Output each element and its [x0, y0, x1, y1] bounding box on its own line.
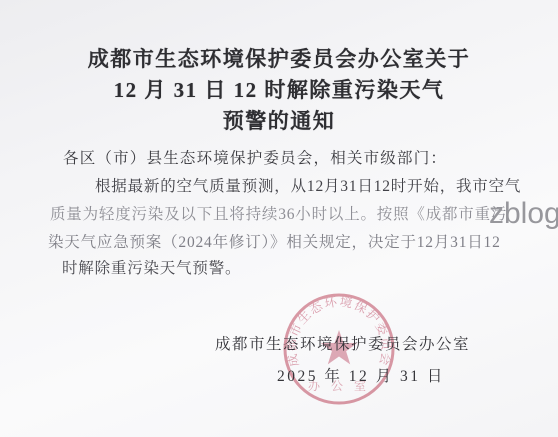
notice-title-line-2: 12 月 31 日 12 时解除重污染天气 — [0, 75, 558, 106]
seal-arc-text: 成都市生态环境保护委员会 — [284, 294, 394, 369]
salutation-line: 各区（市）县生态环境保护委员会，相关市级部门： — [63, 146, 447, 168]
body-line-2: 质量为轻度污染及以下且将持续36小时以上。按照《成都市重污 — [50, 202, 507, 224]
notice-title: 成都市生态环境保护委员会办公室关于 12 月 31 日 12 时解除重污染天气 … — [0, 44, 558, 137]
signature-line: 成都市生态环境保护委员会办公室 — [215, 332, 470, 354]
date-line: 2025 年 12 月 31 日 — [277, 364, 445, 386]
body-line-4: 时解除重污染天气预警。 — [62, 256, 241, 278]
notice-title-line-3: 预警的通知 — [0, 106, 558, 137]
watermark-text: zblog — [489, 197, 558, 231]
body-line-1: 根据最新的空气质量预测，从12月31日12时开始，我市空气 — [95, 174, 521, 196]
scanned-notice-page: 成都市生态环境保护委员会办公室关于 12 月 31 日 12 时解除重污染天气 … — [0, 0, 558, 437]
body-line-3: 染天气应急预案（2024年修订）》相关规定，决定于12月31日12 — [48, 230, 501, 252]
notice-title-line-1: 成都市生态环境保护委员会办公室关于 — [0, 44, 558, 75]
